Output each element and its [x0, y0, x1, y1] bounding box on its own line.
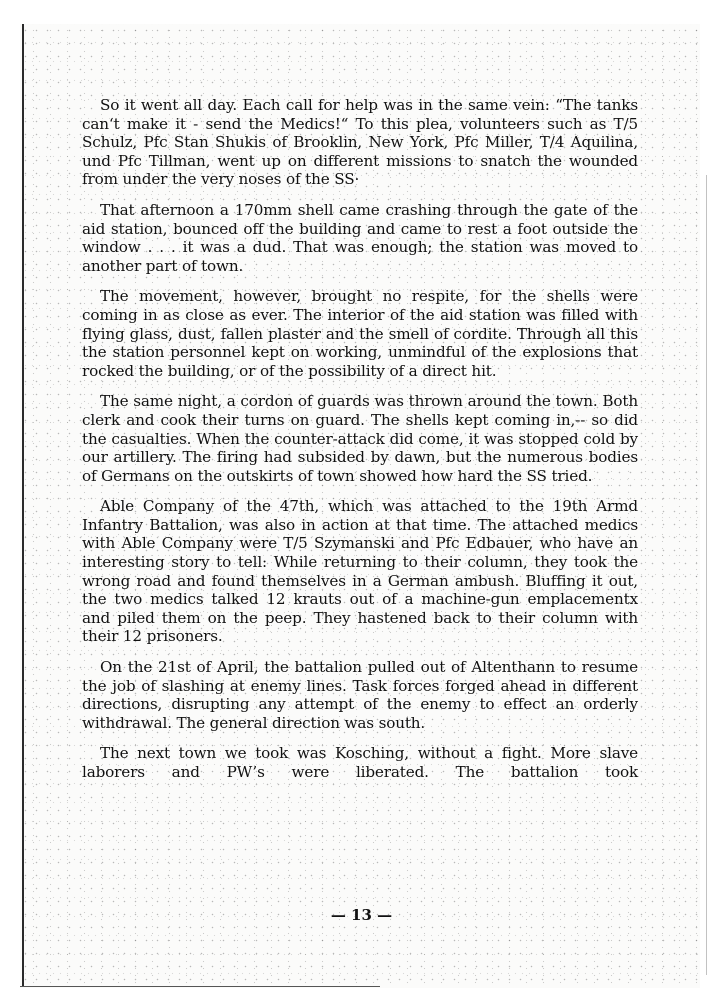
paragraph-no-respite: The movement, however, brought no respit…: [82, 287, 638, 380]
bottom-edge-rule: [20, 986, 380, 987]
left-margin-rule: [22, 24, 24, 986]
paragraph-able-company: Able Company of the 47th, which was atta…: [82, 497, 638, 646]
paragraph-kosching: The next town we took was Kosching, with…: [82, 744, 638, 781]
paragraph-all-day: So it went all day. Each call for help w…: [82, 96, 638, 189]
paragraph-21st-april: On the 21st of April, the battalion pull…: [82, 658, 638, 732]
paragraph-night-guards: The same night, a cordon of guards was t…: [82, 392, 638, 485]
right-margin-rule: [706, 175, 707, 975]
paragraph-shell-dud: That afternoon a 170mm shell came crashi…: [82, 201, 638, 275]
page-number: — 13 —: [0, 906, 723, 924]
page-body: So it went all day. Each call for help w…: [82, 96, 638, 794]
